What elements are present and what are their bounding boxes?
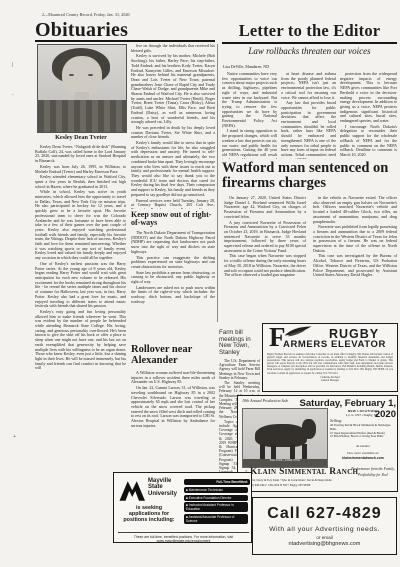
watford-column-2-item: This case was investigated by the Bureau… (313, 254, 397, 278)
rollover-body-item: A Williston woman suffered non-life-thre… (131, 371, 215, 385)
ad-call-advertising: Call 627-4829 With all your Advertising … (252, 497, 397, 555)
letter-headline: Law rollbacks threaten our voices (222, 46, 397, 56)
column-divider (217, 44, 218, 322)
rollover-body: A Williston woman suffered non-life-thre… (131, 371, 215, 481)
obituary-column-2-item: Kesley is survived by his mother, Michel… (131, 54, 215, 125)
scan-mark: | (12, 62, 13, 68)
advertising-email: ntadvertising@bhgnews.com (253, 541, 396, 547)
obituary-photo-caption: Kesley Dean Tveter (33, 134, 129, 141)
mayville-name-line3: University (148, 491, 177, 497)
farm-bill-body-item: The U.S. Department of Agriculture Farm … (219, 359, 260, 380)
mayville-seeking-line3: positions including: (118, 517, 180, 523)
watford-column-1-item: A jury convicted Navarette of Possession… (224, 221, 306, 254)
keep-snow-body-item: The North Dakota Department of Transport… (131, 231, 215, 255)
obituary-column-2-item: He was preceded in death by his deeply l… (131, 126, 215, 140)
letter-section-title: Letter to the Editor (222, 21, 397, 41)
obituary-column-2-item: live on through the individuals that rec… (131, 44, 215, 53)
rollover-headline: Rollover near Alexander (131, 344, 215, 366)
klain-ranch-name: Klain Simmental Ranch (250, 467, 358, 477)
mayville-jobs-header: Full-Time Benefitted: (184, 479, 250, 485)
farm-bill-headline: Farm bill meetings in New Town, Stanley (219, 330, 260, 357)
klain-website: klainsimmentalranch.com (330, 456, 396, 460)
mayville-name: Mayville State University (148, 478, 177, 497)
obituary-column-1-item: Kesley attended elementary school in Wat… (35, 175, 126, 189)
mayville-m-logo-icon (118, 479, 148, 508)
letter-column-1-item: I stand in strong opposition to the prop… (222, 129, 277, 159)
watford-column-2-item: in the vehicle as Navarette exited. The … (313, 196, 397, 224)
obituary-column-2-item: Funeral services were held Tuesday, Janu… (131, 199, 215, 210)
bull-head (302, 419, 316, 439)
klain-script-2: Profitability for You! (350, 473, 396, 477)
watford-column-1: On January 27, 2020, United States Distr… (224, 196, 306, 320)
obituary-column-1-item: Kesley Dean Tveter, “Nahgzidt dt-de dish… (35, 145, 126, 164)
obituary-column-1: Kesley Dean Tveter, “Nahgzidt dt-de dish… (35, 145, 126, 467)
obituary-column-1-item: While in school, Kesley was active in yo… (35, 190, 126, 261)
letter-column-3: protection from the widespread negative … (340, 72, 397, 159)
advertising-tagline: With all your Advertising needs. (253, 526, 396, 533)
watford-column-1-item: On January 27, 2020, United States Distr… (224, 196, 306, 220)
letter-column-2-item: at heart disease and asthma from the poo… (281, 72, 336, 100)
klain-address: (701) 648-2464 • 1304 20th St NW • Rugby… (248, 484, 368, 487)
scan-mark: + (13, 434, 16, 440)
letter-column-2-item: Any law that provides broad opportunitie… (281, 101, 336, 159)
obituary-column-1-item: Kesley's easy going and fun loving perso… (35, 310, 126, 371)
rugby-name-line2: ARMERS ELEVATOR (283, 339, 386, 350)
mayville-job-list-item: ■ Executive Foundation Director (184, 495, 248, 501)
obituary-column-1-item: One of Kesley's earliest passions was th… (35, 262, 126, 309)
obituaries-section-title: Obituaries (35, 19, 128, 42)
klain-web-line1: View more available at: (330, 451, 396, 455)
keep-snow-body-item: This practice can exaggerate the driftin… (131, 256, 215, 270)
advertising-or-email: or email (253, 535, 396, 540)
bull-tag-strip: KSR 2030L | DOWL 875/C (243, 459, 327, 467)
portrait-plaid-shirt (38, 100, 126, 132)
newspaper-page: 2—Mountrail County Record, Friday, Jan. … (0, 0, 400, 567)
mayville-job-list-item: ■ Maintenance Technician (184, 487, 248, 493)
rugby-fine-print: Rugby Farmers Elevator is seeking a full… (267, 353, 393, 375)
mayville-job-list-item: ■ Assistant/Associate Professor of Scien… (184, 514, 248, 524)
keep-snow-headline: Keep snow out of right-of-ways (131, 211, 215, 228)
letter-column-3-item: I encourage North Dakota's delegation to… (340, 125, 397, 158)
watford-headline: Watford man sentenced on firearms charge… (222, 161, 399, 191)
letter-column-2: at heart disease and asthma from the poo… (281, 72, 336, 159)
klain-script-1: Performance from the Family, (350, 467, 396, 471)
rugby-contact-title: General Manager (267, 379, 393, 382)
klain-location-2: 1 p.m. CST • Rugby, ND (328, 413, 396, 417)
watford-column-2-item: Navarette was prohibited from legally po… (313, 225, 397, 253)
klain-lot-list-item: 10 Bred Heifers, Bred to Calving Ease Bu… (330, 435, 396, 439)
mayville-footer: These are full-time, benefited positions… (118, 532, 249, 543)
mayville-job-list-item: ■ Instructor/Assistant Professor in Educ… (184, 502, 248, 512)
mayville-seeking: is seeking applications for positions in… (118, 505, 180, 524)
mayville-job-list: ■ Maintenance Technician■ Executive Foun… (184, 487, 248, 525)
letter-rule (222, 42, 397, 44)
watford-column-1-item: This case began when Navarette was stopp… (224, 254, 306, 278)
ad-rugby-farmers-elevator: F RUGBY ARMERS ELEVATOR Rugby Farmers El… (262, 323, 398, 392)
masthead: 2—Mountrail County Record, Friday, Jan. … (42, 12, 130, 17)
letter-byline: Lisa DeVille, Mandaree, ND (223, 64, 269, 69)
klain-owners: Darrel, Darcy & Trey Klain • Tyler & Car… (248, 479, 368, 482)
portrait-face (62, 56, 102, 96)
bull-photo: KSR 2030L | DOWL 875/C (242, 408, 328, 468)
scan-mark: - (12, 92, 14, 98)
letter-column-3-item: protection from the widespread negative … (340, 72, 397, 124)
keep-snow-body-item: State law prohibits a person from obstru… (131, 271, 215, 285)
obituary-column-2: live on through the individuals that rec… (131, 44, 215, 209)
letter-column-1: Native communities have very few opportu… (222, 72, 277, 159)
ad-mayville-state-university: Mayville State University is seeking app… (113, 472, 252, 543)
keep-snow-body-item: Landowners are asked not to push snow wi… (131, 286, 215, 305)
rollover-body-item: On Jan. 22, Cammi Larson, 31, of Willist… (131, 386, 215, 428)
watford-column-2: in the vehicle as Navarette exited. The … (313, 196, 397, 320)
obituary-column-2-item: Kesley's family would like to stress tha… (131, 141, 215, 197)
letter-column-1-item: Native communities have very few opportu… (222, 72, 277, 128)
keep-snow-body: The North Dakota Department of Transport… (131, 231, 215, 331)
obituary-portrait-photo (37, 44, 127, 133)
klain-lot-list: 46 Yearling Red & Black Simmental & SimA… (330, 424, 396, 439)
advertising-phone-number: Call 627-4829 (253, 505, 396, 523)
obituary-column-1-item: Kesley was born July 26, 1995, in Willis… (35, 165, 126, 174)
ad-klain-simmental-ranch: 18th Annual Production Sale Saturday, Fe… (237, 395, 398, 492)
klain-auction-note: At Auction (330, 444, 396, 448)
obituaries-rule (35, 40, 215, 42)
klain-annual-sale: 18th Annual Production Sale (242, 398, 288, 403)
